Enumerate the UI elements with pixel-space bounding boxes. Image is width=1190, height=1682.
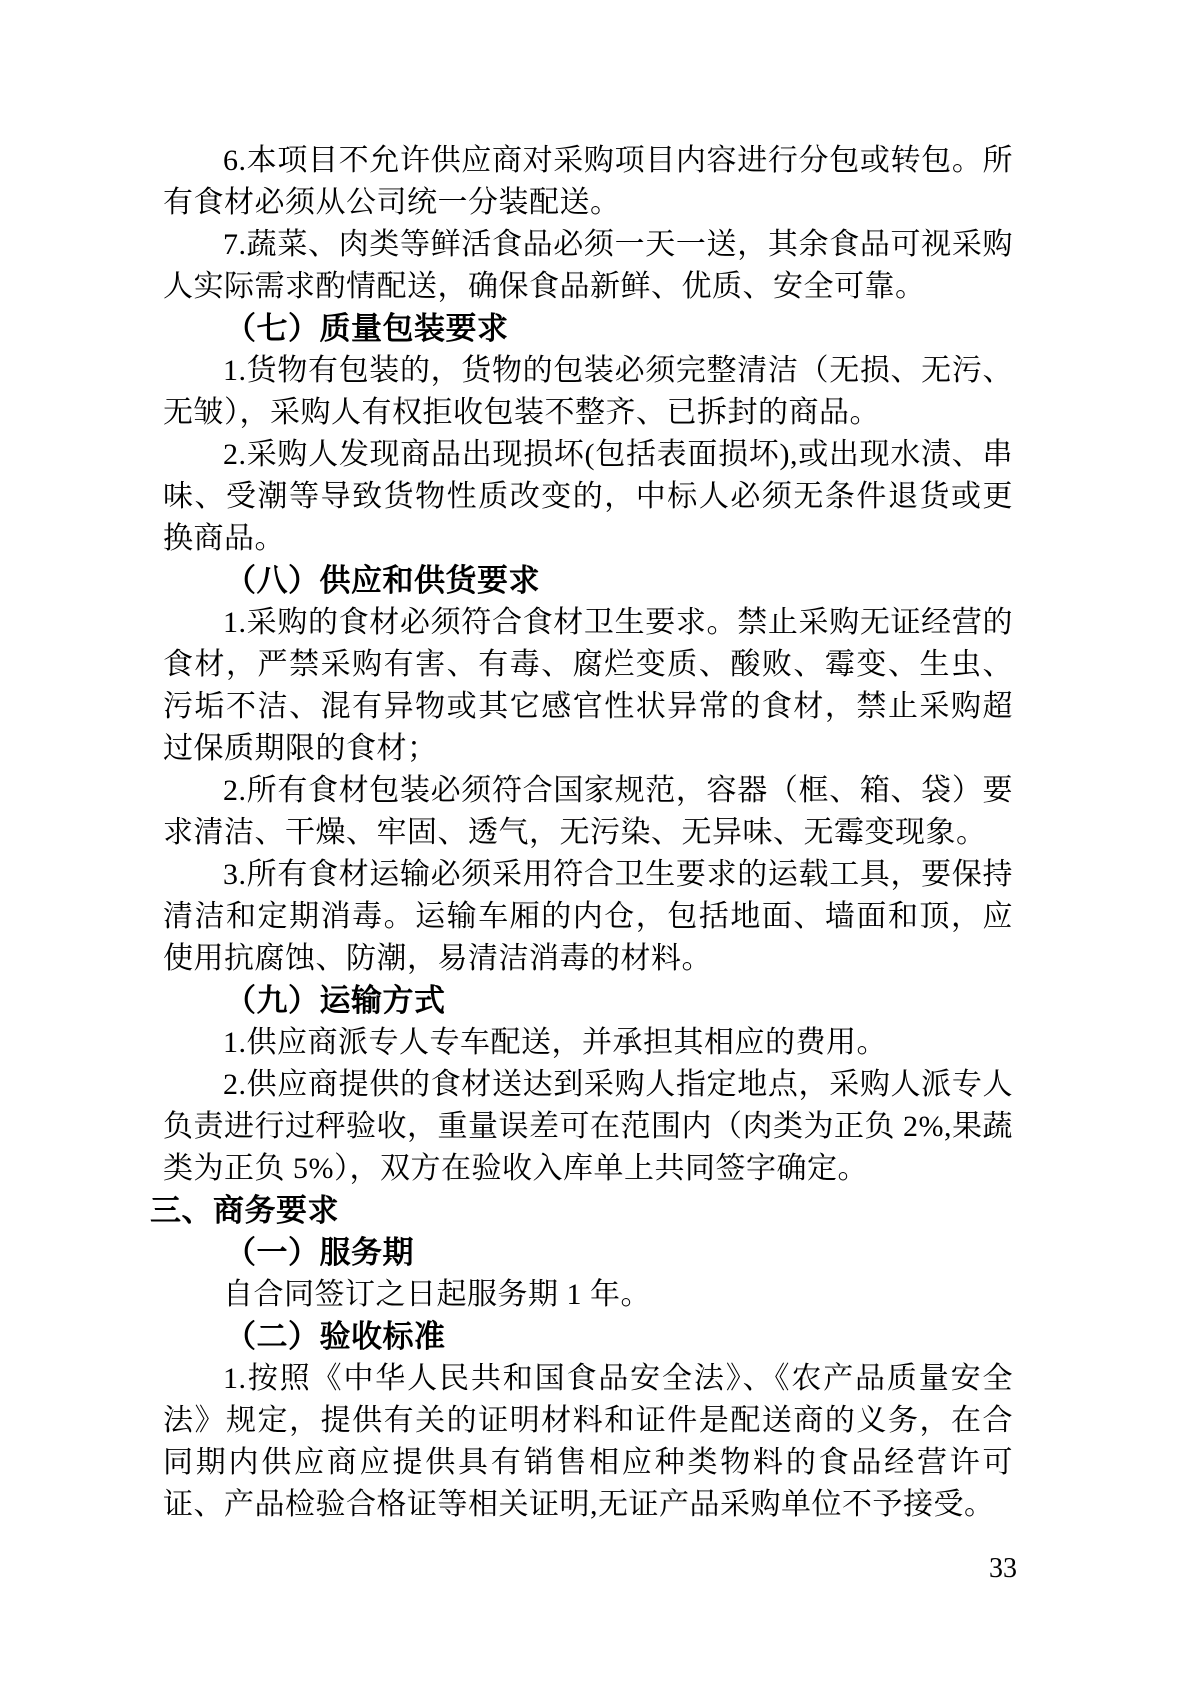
text-content: 6.本项目不允许供应商对采购项目内容进行分包或转包。所有食材必须从公司统一分装配… [163, 140, 1013, 1526]
paragraph: 6.本项目不允许供应商对采购项目内容进行分包或转包。所有食材必须从公司统一分装配… [163, 140, 1013, 224]
paragraph: 1.货物有包装的，货物的包装必须完整清洁（无损、无污、无皱），采购人有权拒收包装… [163, 350, 1013, 434]
paragraph: 2.所有食材包装必须符合国家规范，容器（框、箱、袋）要求清洁、干燥、牢固、透气，… [163, 770, 1013, 854]
paragraph: 2.供应商提供的食材送达到采购人指定地点，采购人派专人负责进行过秤验收，重量误差… [163, 1064, 1013, 1190]
section-heading: （二）验收标准 [163, 1316, 1013, 1358]
paragraph: 3.所有食材运输必须采用符合卫生要求的运载工具，要保持清洁和定期消毒。运输车厢的… [163, 854, 1013, 980]
paragraph: 自合同签订之日起服务期 1 年。 [163, 1274, 1013, 1316]
section-heading: （七）质量包装要求 [163, 308, 1013, 350]
paragraph: 1.按照《中华人民共和国食品安全法》、《农产品质量安全法》规定，提供有关的证明材… [163, 1358, 1013, 1526]
paragraph: 7.蔬菜、肉类等鲜活食品必须一天一送，其余食品可视采购人实际需求酌情配送，确保食… [163, 224, 1013, 308]
section-heading: （九）运输方式 [163, 980, 1013, 1022]
paragraph: 2.采购人发现商品出现损坏(包括表面损坏),或出现水渍、串味、受潮等导致货物性质… [163, 434, 1013, 560]
chapter-heading: 三、商务要求 [150, 1190, 1013, 1232]
paragraph: 1.供应商派专人专车配送，并承担其相应的费用。 [163, 1022, 1013, 1064]
section-heading: （一）服务期 [163, 1232, 1013, 1274]
document-page: 6.本项目不允许供应商对采购项目内容进行分包或转包。所有食材必须从公司统一分装配… [0, 0, 1190, 1682]
paragraph: 1.采购的食材必须符合食材卫生要求。禁止采购无证经营的食材，严禁采购有害、有毒、… [163, 602, 1013, 770]
section-heading: （八）供应和供货要求 [163, 560, 1013, 602]
page-number: 33 [989, 1552, 1017, 1586]
